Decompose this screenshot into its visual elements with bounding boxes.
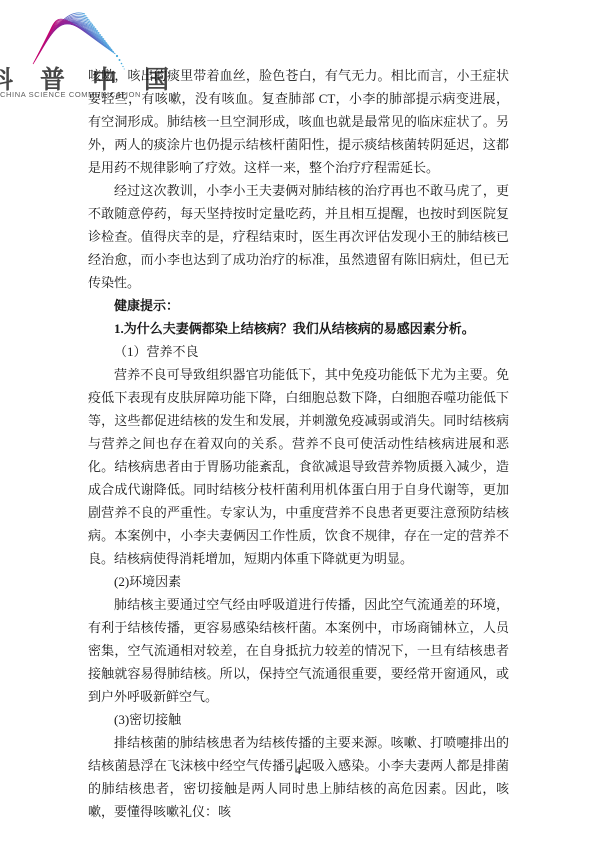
paragraph-nutrition: 营养不良可导致组织器官功能低下，其中免疫功能低下尤为主要。免疫低下表现有皮肤屏障… [88,363,509,570]
paragraph-treatment-lesson: 经过这次教训，小李小王夫妻俩对肺结核的治疗再也不敢马虎了，更不敢随意停药，每天坚… [88,179,509,294]
heading-question-1: 1.为什么夫妻俩都染上结核病？我们从结核病的易感因素分析。 [88,317,509,340]
subheading-close-contact: (3)密切接触 [88,708,509,731]
document-body: 咳嗽，咳出的痰里带着血丝，脸色苍白，有气无力。相比而言，小王症状要轻些，有咳嗽，… [88,64,509,823]
paragraph-environment: 肺结核主要通过空气经由呼吸道进行传播，因此空气流通差的环境，有利于结核传播，更容… [88,593,509,708]
wave-lines [33,13,115,64]
paragraph-continuation: 咳嗽，咳出的痰里带着血丝，脸色苍白，有气无力。相比而言，小王症状要轻些，有咳嗽，… [88,64,509,179]
page-number: 4 [0,765,596,777]
paragraph-close-contact: 排结核菌的肺结核患者为结核传播的主要来源。咳嗽、打喷嚏排出的结核菌悬浮在飞沫核中… [88,731,509,823]
heading-health-tips: 健康提示： [88,294,509,317]
subheading-nutrition: （1）营养不良 [88,340,509,363]
subheading-environment: (2)环境因素 [88,570,509,593]
document-page: 科普中国 CHINA SCIENCE COMMUNICATION 咳嗽，咳出的痰… [0,0,596,842]
